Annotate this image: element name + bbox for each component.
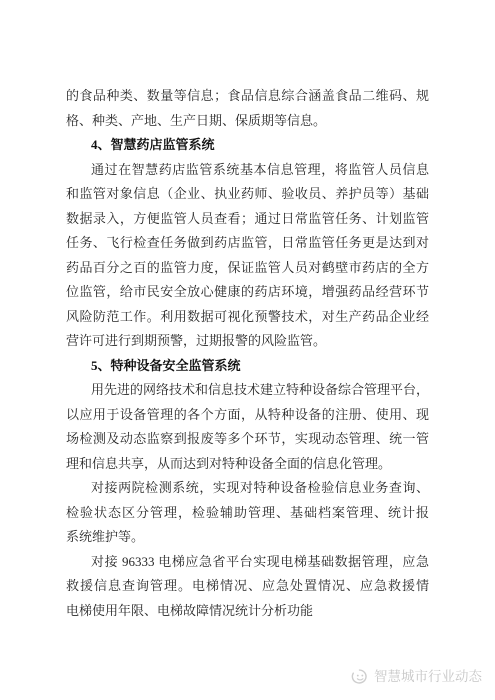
document-body: 的食品种类、数量等信息；食品信息综合涵盖食品二维码、规 格、种类、产地、生产日期…: [66, 84, 429, 623]
smile-face-logo-icon: [349, 667, 370, 686]
text-line: 场检测及动态监察到报废等多个环节，实现动态管理、统一管: [66, 427, 429, 452]
section-5: 5、特种设备安全监管系统: [66, 354, 429, 379]
text-line: 和监管对象信息（企业、执业药师、验收员、养护员等）基础: [66, 182, 429, 207]
document-page: 的食品种类、数量等信息；食品信息综合涵盖食品二维码、规 格、种类、产地、生产日期…: [0, 0, 495, 700]
text-line: 位监管，给市民安全放心健康的药店环境，增强药品经营环节: [66, 280, 429, 305]
paragraph: 对接 96333 电梯应急省平台实现电梯基础数据管理，应急 救援信息查询管理。电…: [66, 550, 429, 624]
text-line: 检验状态区分管理，检验辅助管理、基础档案管理、统计报表、: [66, 501, 429, 526]
watermark-label: 智慧城市行业动态: [374, 667, 482, 686]
text-line: 的食品种类、数量等信息；食品信息综合涵盖食品二维码、规: [66, 84, 429, 109]
text-line: 对接 96333 电梯应急省平台实现电梯基础数据管理，应急: [66, 550, 429, 575]
text-line: 理和信息共享，从而达到对特种设备全面的信息化管理。: [66, 452, 429, 477]
paragraph: 的食品种类、数量等信息；食品信息综合涵盖食品二维码、规 格、种类、产地、生产日期…: [66, 84, 429, 133]
text-line: 数据录入，方便监管人员查看；通过日常监管任务、计划监管: [66, 207, 429, 232]
text-line: 任务、飞行检查任务做到药店监管，日常监管任务更是达到对: [66, 231, 429, 256]
text-line: 通过在智慧药店监管系统基本信息管理，将监管人员信息: [66, 158, 429, 183]
text-line: 药品百分之百的监管力度，保证监管人员对鹤壁市药店的全方: [66, 256, 429, 281]
text-line: 营许可进行到期预警，过期报警的风险监管。: [66, 329, 429, 354]
paragraph: 对接两院检测系统，实现对特种设备检验信息业务查询、 检验状态区分管理，检验辅助管…: [66, 476, 429, 550]
text-line: 风险防范工作。利用数据可视化预警技术，对生产药品企业经: [66, 305, 429, 330]
text-line: 用先进的网络技术和信息技术建立特种设备综合管理平台，: [66, 378, 429, 403]
section-heading: 5、特种设备安全监管系统: [66, 354, 429, 379]
paragraph: 用先进的网络技术和信息技术建立特种设备综合管理平台， 以应用于设备管理的各个方面…: [66, 378, 429, 476]
text-line: 系统维护等。: [66, 525, 429, 550]
paragraph: 通过在智慧药店监管系统基本信息管理，将监管人员信息 和监管对象信息（企业、执业药…: [66, 158, 429, 354]
text-line: 对接两院检测系统，实现对特种设备检验信息业务查询、: [66, 476, 429, 501]
watermark: 智慧城市行业动态: [349, 667, 482, 686]
text-line: 电梯使用年限、电梯故障情况统计分析功能: [66, 599, 429, 624]
text-line: 救援信息查询管理。电梯情况、应急处置情况、应急救援情况、: [66, 574, 429, 599]
section-heading: 4、智慧药店监管系统: [66, 133, 429, 158]
text-line: 以应用于设备管理的各个方面，从特种设备的注册、使用、现: [66, 403, 429, 428]
text-line: 格、种类、产地、生产日期、保质期等信息。: [66, 109, 429, 134]
section-4: 4、智慧药店监管系统: [66, 133, 429, 158]
